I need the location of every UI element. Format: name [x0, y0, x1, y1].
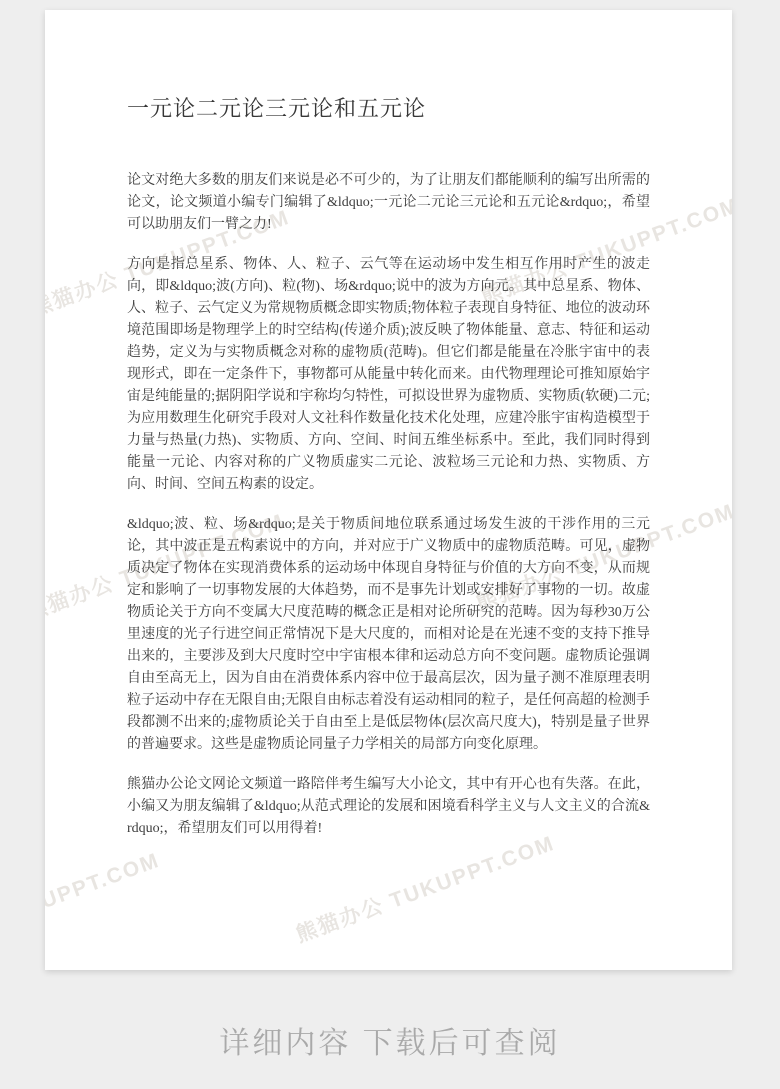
document-paragraph: 论文对绝大多数的朋友们来说是必不可少的，为了让朋友们都能顺利的编写出所需的论文，…: [127, 170, 650, 236]
watermark: 熊猫办公 TUKUPPT.COM: [291, 827, 558, 949]
document-title: 一元论二元论三元论和五元论: [127, 94, 650, 124]
document-paragraph: 方向是指总星系、物体、人、粒子、云气等在运动场中发生相互作用时产生的波走向，即&…: [127, 254, 650, 496]
page-background: 熊猫办公 TUKUPPT.COM 熊猫办公 TUKUPPT.COM 熊猫办公 T…: [0, 0, 780, 1089]
document-paragraph: 熊猫办公论文网论文频道一路陪伴考生编写大小论文，其中有开心也有失落。在此，小编又…: [127, 774, 650, 840]
footer-bar: 详细内容 下载后可查阅: [0, 1018, 780, 1062]
watermark: 熊猫办公 TUKUPPT.COM: [45, 844, 164, 966]
footer-note: 详细内容 下载后可查阅: [219, 1027, 560, 1060]
document-paragraph: &ldquo;波、粒、场&rdquo;是关于物质间地位联系通过场发生波的干涉作用…: [127, 514, 650, 756]
document-sheet: 熊猫办公 TUKUPPT.COM 熊猫办公 TUKUPPT.COM 熊猫办公 T…: [45, 10, 732, 970]
document-content: 一元论二元论三元论和五元论 论文对绝大多数的朋友们来说是必不可少的，为了让朋友们…: [45, 10, 732, 840]
